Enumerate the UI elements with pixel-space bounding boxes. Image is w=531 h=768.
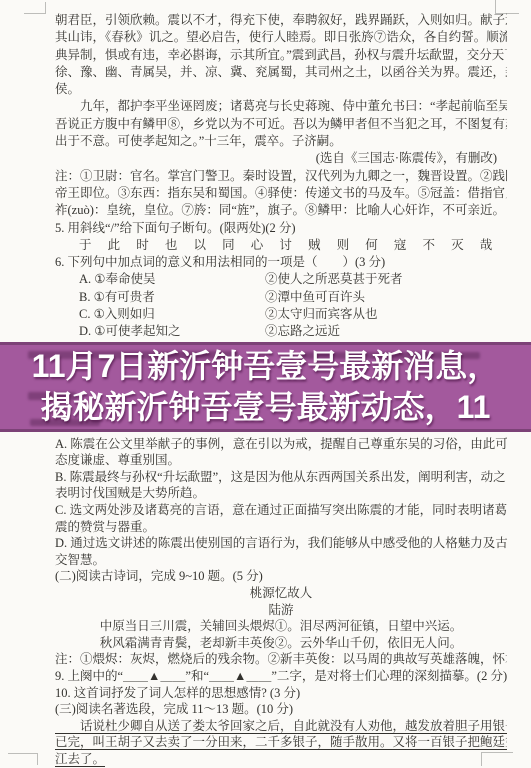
- text-line: 交智慧。: [55, 552, 507, 569]
- text-line: 其山讳，《春秋》讥之。望必启告，使行人睦焉。即日张旍⑦诰众，各自约誓。顺流漂疾，…: [55, 29, 507, 46]
- poem-body: 中原当日三川震，关辅回头煨烬①。泪尽两河征镇，日望中兴运。秋风霜满青青鬓，老却新…: [55, 618, 507, 651]
- text-line: 徐、豫、幽、青属吴，并、凉、冀、兖属蜀，其司州之土，以函谷关为界。震还，封城阳亭: [55, 64, 507, 81]
- section-2-heading: (二)阅读古诗词，完成 9~10 题。(5 分): [55, 568, 507, 585]
- question-5: 5. 用斜线“/”给下面句子断句。(限两处)(2 分): [55, 220, 507, 237]
- question-5-sentence: 于 此 时 也 以 同 心 讨 贼 则 何 寇 不 灭 哉: [55, 237, 507, 254]
- text-line: 震的赞赏与器重。: [55, 519, 507, 536]
- option-text: ②使人之所恶莫甚于死者: [265, 271, 403, 288]
- question-8-options: A. 陈震在公文里举献子的事例，意在引以为戒，提醒自己尊重东吴的习俗，由此可看出…: [55, 436, 507, 569]
- question-9: 9. 上阕中的“＿＿▲＿＿”和“＿＿▲＿＿”二字，是对将士们心理的深刻描摹。(2…: [55, 668, 507, 685]
- text-line: 侯。: [55, 81, 507, 98]
- exam-paper-page: 朝君臣，引领欣赖。震以不才，得充下使，奉聘叙好，践界踊跃，入则如归。献子适鲁，犯…: [0, 0, 531, 768]
- text-line: 江去了。: [55, 751, 507, 768]
- text-line: 九年，都护李平坐诬罔废；诸葛亮与长史蒋琬、侍中董允书曰：“孝起前临至吴，为: [55, 98, 507, 115]
- text-line: 祚(zuò)：皇统，皇位。⑦旍：同“旌”，旗子。⑧鳞甲：比喻人心奸诈，不可亲近。: [55, 202, 507, 219]
- document-upper-content: 朝君臣，引领欣赖。震以不才，得充下使，奉聘叙好，践界踊跃，入则如归。献子适鲁，犯…: [0, 0, 531, 341]
- passage-source-line: (选自《三国志·陈震传》，有删改): [55, 150, 507, 167]
- text-line: 典异制，惧或有违，幸必斟诲，示其所宜。”震到武昌，孙权与震升坛歃盟，交分天下：以: [55, 47, 507, 64]
- text-line: 朝君臣，引领欣赖。震以不才，得充下使，奉聘叙好，践界踊跃，入则如归。献子适鲁，犯: [55, 12, 507, 29]
- passage-notes: 注：①卫尉：官名。掌宫门警卫。秦时设置，汉代列为九卿之一，魏晋设置。②践阼(zu…: [55, 168, 507, 220]
- banner-headline-line-1: 11月7日新沂钟吾壹号最新消息，: [32, 346, 500, 387]
- option-text: D. ①可使孝起知之: [79, 323, 265, 340]
- option-text: ②忘路之远近: [265, 323, 340, 340]
- text-line: 帝王即位。③东西：指东吴和蜀国。④驿使：传递文书的马及车。⑤冠盖：借指官员。⑥圣: [55, 185, 507, 202]
- promo-overlay-banner: 11月7日新沂钟吾壹号最新消息， 揭秘新沂钟吾壹号最新动态，11: [0, 342, 531, 432]
- question-6-option-d: D. ①可使孝起知之 ②忘路之远近: [55, 323, 507, 340]
- text-line: 秋风霜满青青鬓，老却新丰英俊②。云外华山千仞，依旧无人问。: [55, 635, 507, 652]
- option-text: A. ①奉命使吴: [79, 271, 265, 288]
- question-6-option-a: A. ①奉命使吴 ②使人之所恶莫甚于死者: [55, 271, 507, 288]
- text-line: 表明讨伐国贼是大势所趋。: [55, 485, 507, 502]
- text-line: 态度谦虚、尊重别国。: [55, 452, 507, 469]
- poem-author: 陆游: [55, 602, 507, 619]
- question-6-option-b: B. ①有可贵者 ②潭中鱼可百许头: [55, 289, 507, 306]
- classical-passage-paragraph-2: 九年，都护李平坐诬罔废；诸葛亮与长史蒋琬、侍中董允书曰：“孝起前临至吴，为吾说正…: [55, 98, 507, 150]
- classical-passage-paragraph-1: 朝君臣，引领欣赖。震以不才，得充下使，奉聘叙好，践界踊跃，入则如归。献子适鲁，犯…: [55, 12, 507, 98]
- section-3-heading: (三)阅读名著选段，完成 11～13 题。(10 分): [55, 701, 507, 718]
- document-lower-content: A. 陈震在公文里举献子的事例，意在引以为戒，提醒自己尊重东吴的习俗，由此可看出…: [0, 432, 531, 768]
- question-10: 10. 这首词抒发了词人怎样的思想感情? (3 分): [55, 685, 507, 702]
- text-line: 出于不意。可使孝起知之。”十三年，震卒。子济嗣。: [55, 133, 507, 150]
- text-line: A. 陈震在公文里举献子的事例，意在引以为戒，提醒自己尊重东吴的习俗，由此可看出…: [55, 436, 507, 453]
- question-6-option-c: C. ①入则如归 ②太守归而宾客从也: [55, 306, 507, 323]
- option-text: B. ①有可贵者: [79, 289, 265, 306]
- text-line: 注：①卫尉：官名。掌宫门警卫。秦时设置，汉代列为九卿之一，魏晋设置。②践阼(zu…: [55, 168, 507, 185]
- option-text: C. ①入则如归: [79, 306, 265, 323]
- banner-headline-line-2: 揭秘新沂钟吾壹号最新动态，11: [41, 387, 491, 428]
- option-text: ②太守归而宾客从也: [265, 306, 378, 323]
- text-line: 中原当日三川震，关辅回头煨烬①。泪尽两河征镇，日望中兴运。: [55, 618, 507, 635]
- question-6: 6. 下列句中加点词的意义和用法相同的一项是（ ）(3 分): [55, 254, 507, 271]
- option-text: ②潭中鱼可百许头: [265, 289, 365, 306]
- text-line: C. 选文两处涉及诸葛亮的言语，意在通过正面描写突出陈震的才能，同时表明诸葛亮对…: [55, 502, 507, 519]
- text-line: 已完，叫王胡子又去卖了一分田来，二千多银子，随手散用。又将一百银子把鲍廷玺打发过: [55, 734, 507, 751]
- text-line: B. 陈震最终与孙权“升坛歃盟”，这是因为他从东西两国关系出发，阐明利害，动之以…: [55, 469, 507, 486]
- novel-excerpt: 话说杜少卿自从送了娄太爷回家之后，自此就没有人劝他，越发放着胆子用银子。前项已完…: [55, 718, 507, 768]
- text-line: D. 通过选文讲述的陈震出使别国的言语行为，我们能够从中感受他的人格魅力及古人的…: [55, 535, 507, 552]
- poem-note: 注：①煨烬：灰烬，燃烧后的残余物。②新丰英俊：以马周的典故写英雄落魄，怀才不遇。: [55, 651, 507, 668]
- poem-title: 桃源忆故人: [55, 585, 507, 602]
- text-line: 话说杜少卿自从送了娄太爷回家之后，自此就没有人劝他，越发放着胆子用银子。前项: [55, 718, 507, 735]
- text-line: 吾说正方腹中有鳞甲⑧，乡党以为不可近。吾以为鳞甲者但不当犯之耳，不图复有苏、张之…: [55, 116, 507, 133]
